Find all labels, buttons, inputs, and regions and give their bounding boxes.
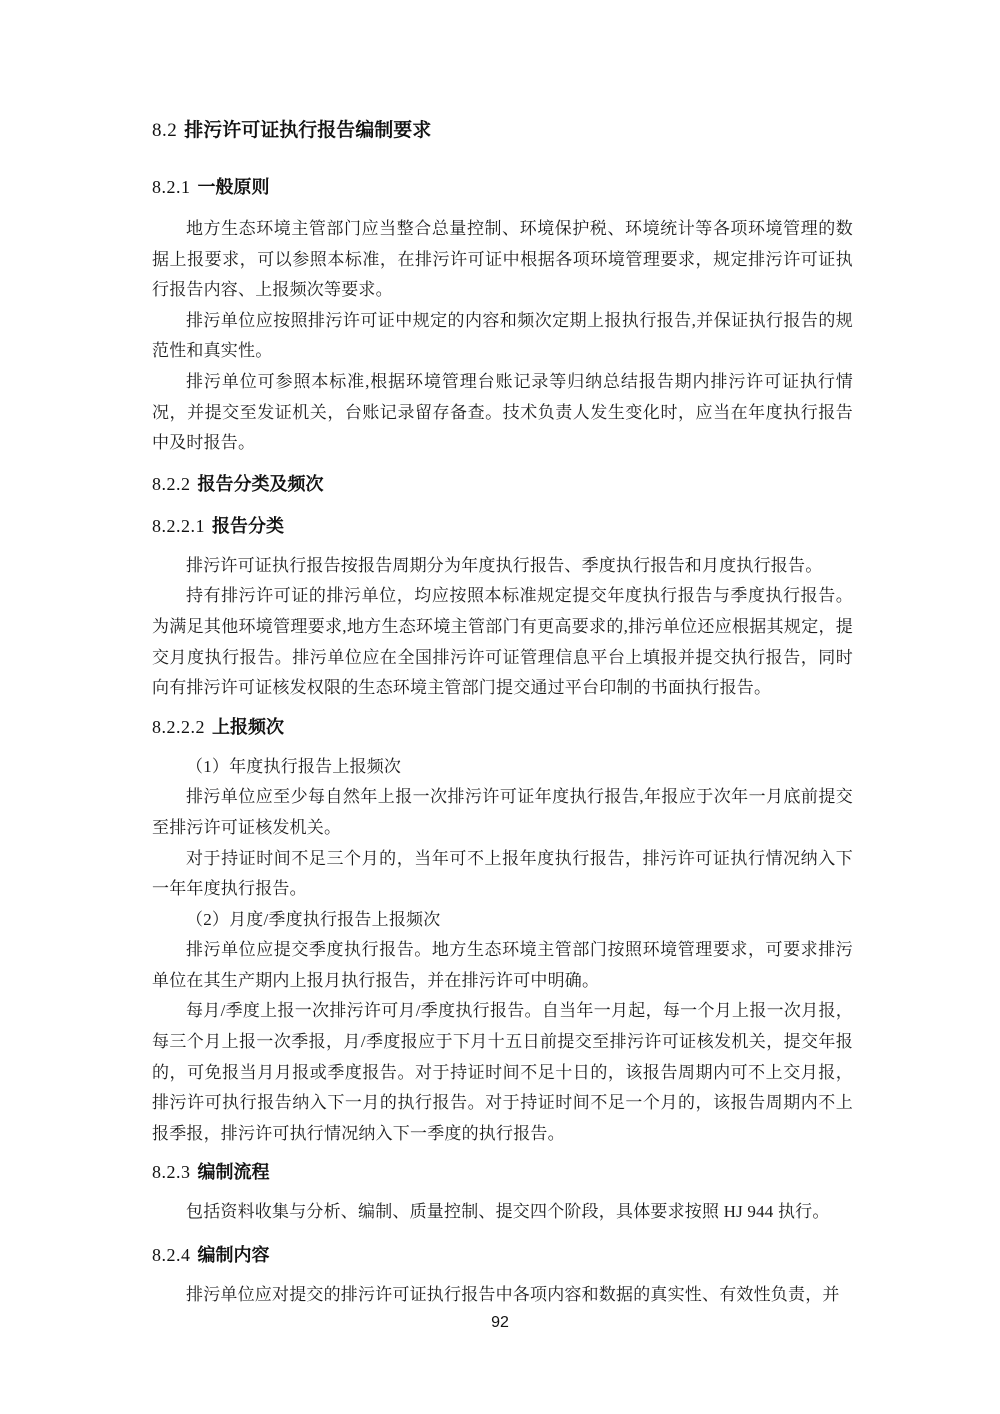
paragraph: 排污单位应对提交的排污许可证执行报告中各项内容和数据的真实性、有效性负责，并 bbox=[152, 1280, 853, 1311]
paragraph: 包括资料收集与分析、编制、质量控制、提交四个阶段，具体要求按照 HJ 944 执… bbox=[152, 1197, 853, 1228]
document-page: 8.2排污许可证执行报告编制要求 8.2.1一般原则 地方生态环境主管部门应当整… bbox=[0, 0, 1000, 1414]
heading-title: 编制流程 bbox=[198, 1162, 270, 1182]
paragraph: 每月/季度上报一次排污许可月/季度执行报告。自当年一月起，每一个月上报一次月报，… bbox=[152, 996, 853, 1149]
paragraph: 排污单位应按照排污许可证中规定的内容和频次定期上报执行报告,并保证执行报告的规范… bbox=[152, 306, 853, 367]
heading-title: 排污许可证执行报告编制要求 bbox=[184, 120, 431, 141]
section-heading-8-2-1: 8.2.1一般原则 bbox=[152, 174, 853, 200]
paragraph: 排污许可证执行报告按报告周期分为年度执行报告、季度执行报告和月度执行报告。 bbox=[152, 551, 853, 582]
heading-number: 8.2.2 bbox=[152, 474, 191, 494]
section-heading-8-2-3: 8.2.3编制流程 bbox=[152, 1159, 853, 1185]
list-item-heading: （2）月度/季度执行报告上报频次 bbox=[152, 905, 853, 936]
list-item-heading: （1）年度执行报告上报频次 bbox=[152, 752, 853, 783]
heading-title: 上报频次 bbox=[212, 717, 284, 737]
paragraph: 持有排污许可证的排污单位，均应按照本标准规定提交年度执行报告与季度执行报告。为满… bbox=[152, 581, 853, 703]
paragraph: 排污单位应至少每自然年上报一次排污许可证年度执行报告,年报应于次年一月底前提交至… bbox=[152, 782, 853, 843]
heading-number: 8.2 bbox=[152, 120, 177, 141]
heading-number: 8.2.2.2 bbox=[152, 717, 205, 737]
page-number: 92 bbox=[0, 1314, 1000, 1332]
section-heading-8-2: 8.2排污许可证执行报告编制要求 bbox=[152, 118, 853, 144]
heading-number: 8.2.3 bbox=[152, 1162, 191, 1182]
heading-number: 8.2.1 bbox=[152, 177, 191, 197]
paragraph: 排污单位可参照本标准,根据环境管理台账记录等归纳总结报告期内排污许可证执行情况，… bbox=[152, 367, 853, 459]
heading-title: 报告分类 bbox=[212, 516, 284, 536]
paragraph: 排污单位应提交季度执行报告。地方生态环境主管部门按照环境管理要求，可要求排污单位… bbox=[152, 935, 853, 996]
heading-number: 8.2.4 bbox=[152, 1245, 191, 1265]
section-heading-8-2-2-2: 8.2.2.2上报频次 bbox=[152, 714, 853, 740]
document-content: 8.2排污许可证执行报告编制要求 8.2.1一般原则 地方生态环境主管部门应当整… bbox=[152, 108, 853, 1311]
heading-title: 报告分类及频次 bbox=[198, 474, 324, 494]
section-heading-8-2-4: 8.2.4编制内容 bbox=[152, 1242, 853, 1268]
section-heading-8-2-2-1: 8.2.2.1报告分类 bbox=[152, 513, 853, 539]
section-heading-8-2-2: 8.2.2报告分类及频次 bbox=[152, 471, 853, 497]
heading-number: 8.2.2.1 bbox=[152, 516, 205, 536]
paragraph: 对于持证时间不足三个月的，当年可不上报年度执行报告，排污许可证执行情况纳入下一年… bbox=[152, 844, 853, 905]
heading-title: 一般原则 bbox=[198, 177, 270, 197]
paragraph: 地方生态环境主管部门应当整合总量控制、环境保护税、环境统计等各项环境管理的数据上… bbox=[152, 214, 853, 306]
heading-title: 编制内容 bbox=[198, 1245, 270, 1265]
